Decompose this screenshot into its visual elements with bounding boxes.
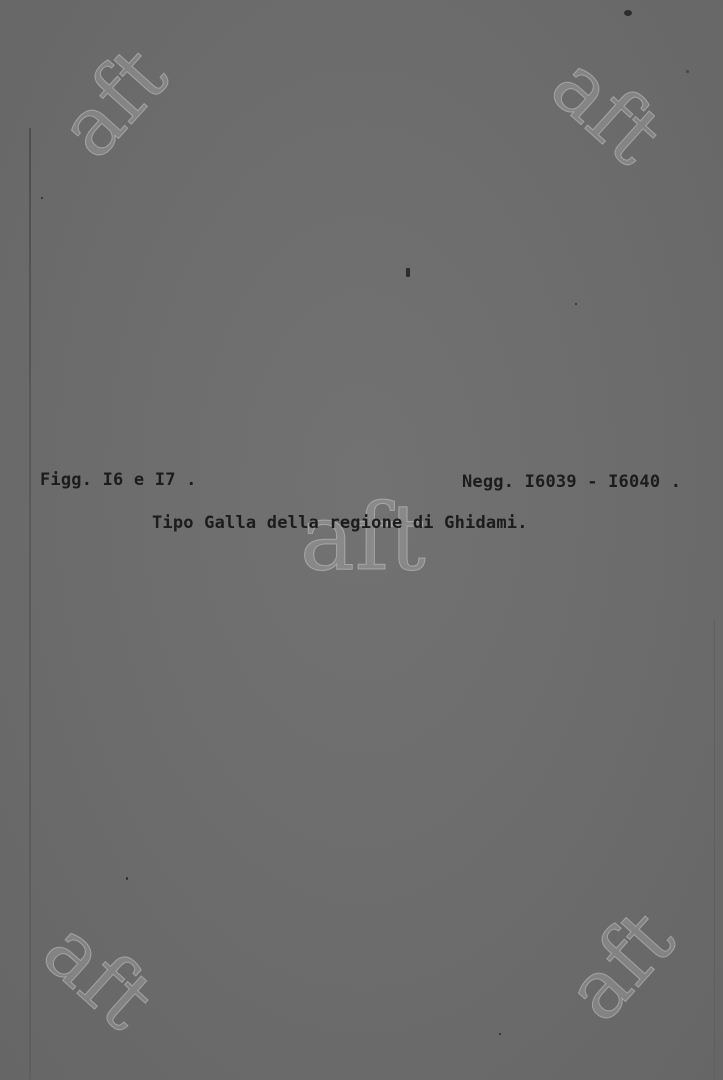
dust-speck bbox=[499, 1033, 501, 1035]
dust-speck bbox=[686, 70, 689, 73]
figure-reference: Figg. I6 e I7 . bbox=[40, 470, 197, 490]
watermark-top-left: aft bbox=[46, 34, 182, 172]
negative-reference: Negg. I6039 - I6040 . bbox=[462, 472, 681, 492]
margin-rule bbox=[29, 128, 31, 1080]
watermark-bottom-left: aft bbox=[29, 908, 167, 1044]
scanned-document-page: aft aft aft aft aft Figg. I6 e I7 . Negg… bbox=[0, 0, 723, 1080]
watermark-top-right: aft bbox=[537, 43, 675, 179]
dust-speck bbox=[41, 197, 43, 199]
watermark-center: aft bbox=[300, 492, 426, 584]
ink-speck bbox=[624, 10, 632, 16]
ink-speck bbox=[406, 268, 410, 277]
page-edge-line bbox=[714, 620, 715, 1080]
watermark-bottom-right: aft bbox=[553, 897, 689, 1035]
caption-text: Tipo Galla della regione di Ghidami. bbox=[152, 513, 528, 533]
dust-speck bbox=[126, 877, 128, 880]
dust-speck bbox=[575, 303, 577, 305]
